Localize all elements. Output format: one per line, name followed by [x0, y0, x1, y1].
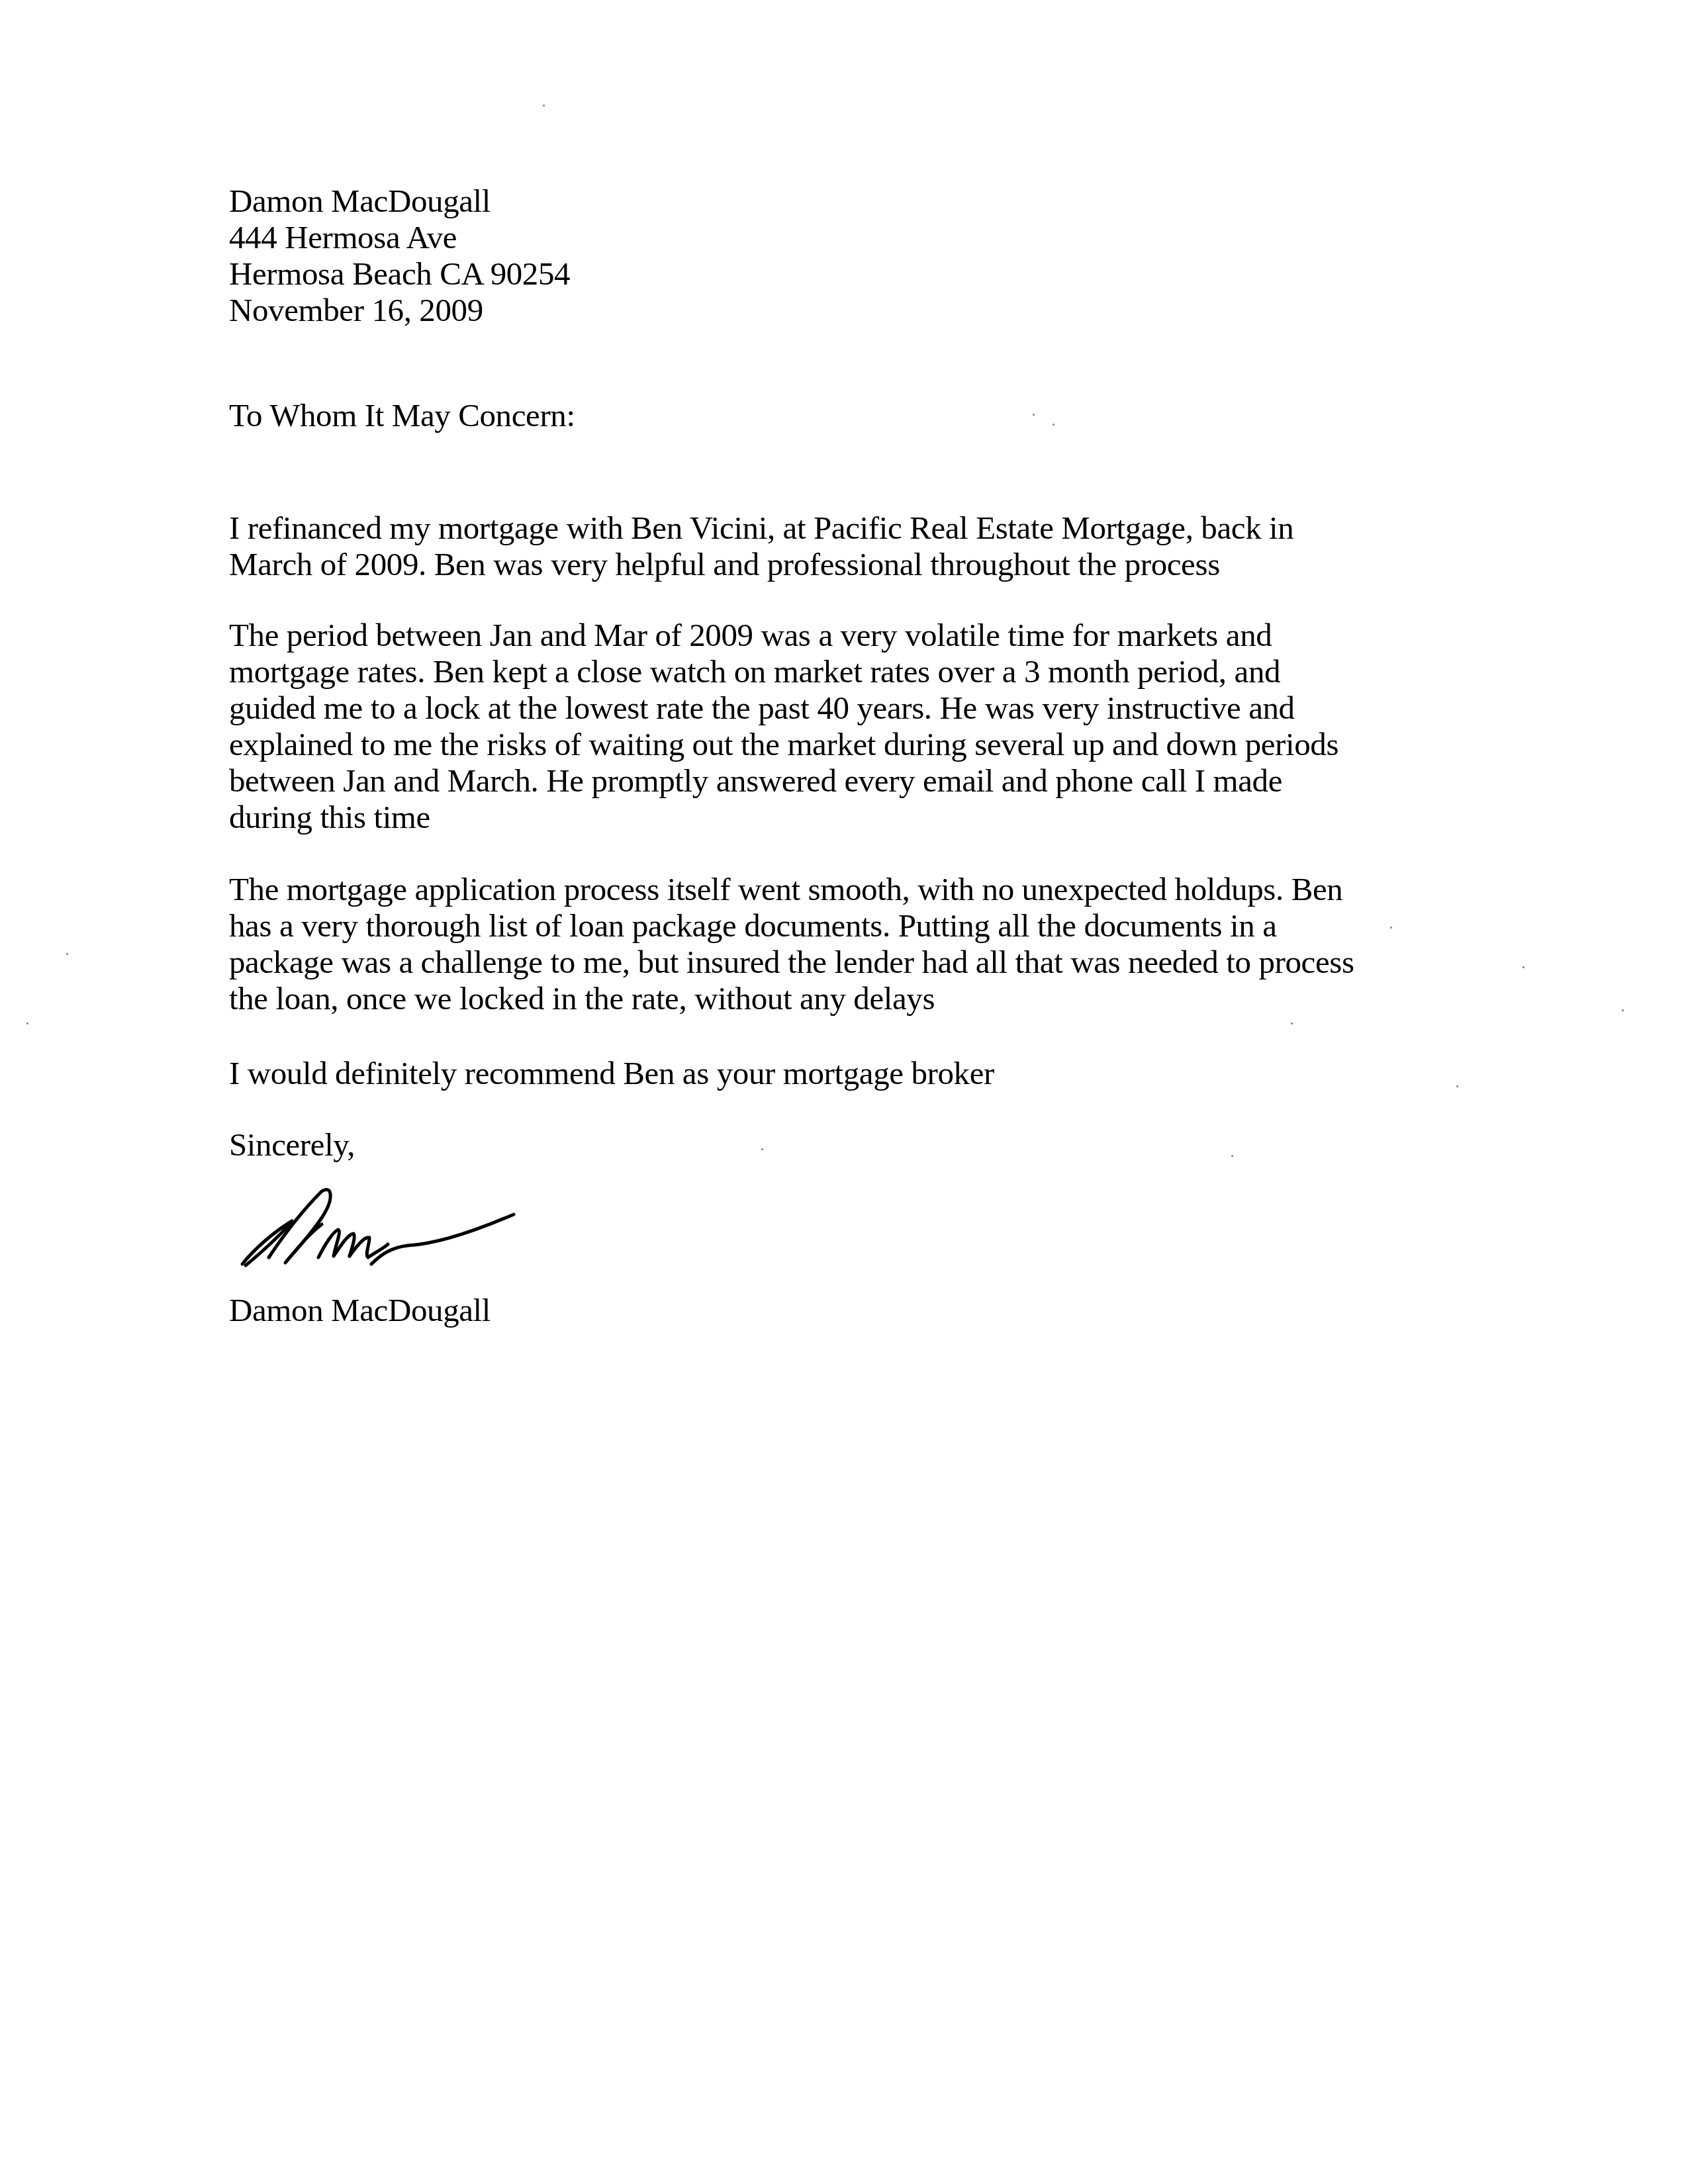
- salutation: To Whom It May Concern:: [229, 397, 575, 433]
- paragraph-line: The mortgage application process itself …: [229, 871, 1354, 907]
- signature-name-block: Damon MacDougall: [229, 1292, 491, 1328]
- scan-speck: [1033, 414, 1035, 416]
- scan-speck: [1231, 1155, 1233, 1157]
- scan-speck: [1523, 966, 1524, 968]
- paragraph-line: guided me to a lock at the lowest rate t…: [229, 690, 1338, 726]
- salutation-block: To Whom It May Concern:: [229, 397, 575, 433]
- signature-icon: [229, 1185, 520, 1271]
- signature-name: Damon MacDougall: [229, 1292, 491, 1328]
- scan-speck: [26, 1023, 28, 1024]
- paragraph-line: I refinanced my mortgage with Ben Vicini…: [229, 510, 1293, 546]
- scan-speck: [66, 953, 68, 955]
- paragraph-line: during this time: [229, 799, 1338, 835]
- letter-page: Damon MacDougall 444 Hermosa Ave Hermosa…: [0, 0, 1688, 2184]
- sender-address-line2: Hermosa Beach CA 90254: [229, 255, 570, 292]
- scan-speck: [1456, 1085, 1458, 1087]
- scan-speck: [1390, 927, 1392, 929]
- scan-speck: [1053, 424, 1055, 426]
- sender-block: Damon MacDougall 444 Hermosa Ave Hermosa…: [229, 183, 570, 328]
- paragraph-line: explained to me the risks of waiting out…: [229, 726, 1338, 762]
- paragraph-1: I refinanced my mortgage with Ben Vicini…: [229, 510, 1293, 582]
- scan-speck: [1622, 1009, 1624, 1011]
- paragraph-line: between Jan and March. He promptly answe…: [229, 762, 1338, 799]
- sender-address-line1: 444 Hermosa Ave: [229, 219, 570, 255]
- sender-name: Damon MacDougall: [229, 183, 570, 219]
- letter-date: November 16, 2009: [229, 292, 570, 328]
- paragraph-2: The period between Jan and Mar of 2009 w…: [229, 617, 1338, 835]
- paragraph-4: I would definitely recommend Ben as your…: [229, 1055, 994, 1091]
- scan-speck: [543, 105, 545, 107]
- paragraph-line: March of 2009. Ben was very helpful and …: [229, 546, 1293, 582]
- closing-block: Sincerely,: [229, 1126, 355, 1163]
- paragraph-line: I would definitely recommend Ben as your…: [229, 1055, 994, 1091]
- scan-speck: [1258, 890, 1260, 892]
- paragraph-line: the loan, once we locked in the rate, wi…: [229, 980, 1354, 1017]
- paragraph-3: The mortgage application process itself …: [229, 871, 1354, 1017]
- paragraph-line: mortgage rates. Ben kept a close watch o…: [229, 653, 1338, 690]
- paragraph-line: The period between Jan and Mar of 2009 w…: [229, 617, 1338, 653]
- scan-speck: [761, 1148, 763, 1150]
- scan-speck: [1291, 1023, 1293, 1024]
- closing: Sincerely,: [229, 1126, 355, 1163]
- paragraph-line: package was a challenge to me, but insur…: [229, 944, 1354, 980]
- paragraph-line: has a very thorough list of loan package…: [229, 907, 1354, 944]
